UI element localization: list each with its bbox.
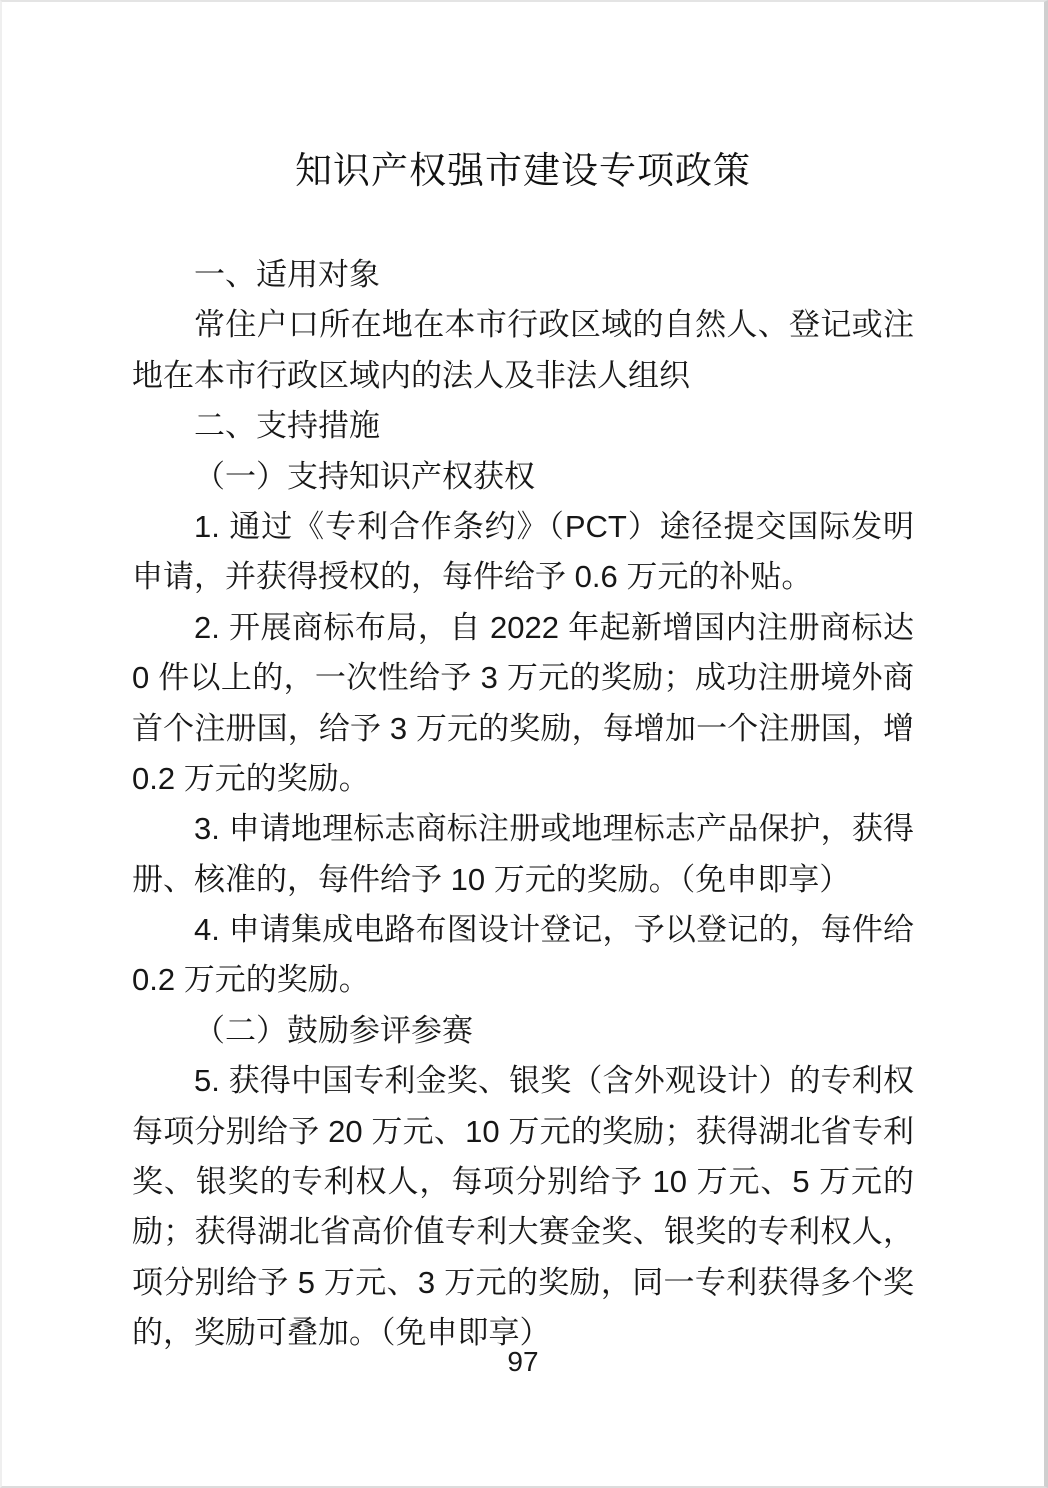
text-line: 0 件以上的，一次性给予 3 万元的奖励；成功注册境外商标，	[132, 653, 914, 703]
text-line-subheading-1: （一）支持知识产权获权	[132, 452, 914, 502]
text-line: 励；获得湖北省高价值专利大赛金奖、银奖的专利权人，每	[132, 1207, 914, 1257]
document-title: 知识产权强市建设专项政策	[2, 145, 1044, 197]
text-line: 0.2 万元的奖励。	[132, 754, 914, 804]
text-line: 1. 通过《专利合作条约》（PCT）途径提交国际发明专利	[132, 502, 914, 552]
text-line: 项分别给予 5 万元、3 万元的奖励，同一专利获得多个奖项	[132, 1258, 914, 1308]
text-line-heading-1: 一、适用对象	[132, 250, 914, 300]
text-line: 册、核准的，每件给予 10 万元的奖励。（免申即享）	[132, 855, 914, 905]
text-line: 常住户口所在地在本市行政区域的自然人、登记或注册	[132, 300, 914, 350]
text-line: 奖、银奖的专利权人，每项分别给予 10 万元、5 万元的奖	[132, 1157, 914, 1207]
document-page: 知识产权强市建设专项政策 一、适用对象 常住户口所在地在本市行政区域的自然人、登…	[0, 0, 1048, 1488]
text-line-heading-2: 二、支持措施	[132, 401, 914, 451]
text-line: 地在本市行政区域内的法人及非法人组织	[132, 351, 914, 401]
text-line: 2. 开展商标布局，自 2022 年起新增国内注册商标达 10	[132, 603, 914, 653]
text-line: 每项分别给予 20 万元、10 万元的奖励；获得湖北省专利金	[132, 1107, 914, 1157]
text-line: 4. 申请集成电路布图设计登记，予以登记的，每件给予	[132, 905, 914, 955]
text-line: 申请，并获得授权的，每件给予 0.6 万元的补贴。	[132, 552, 914, 602]
text-line: 3. 申请地理标志商标注册或地理标志产品保护，获得注	[132, 804, 914, 854]
text-line: 0.2 万元的奖励。	[132, 955, 914, 1005]
text-line: 首个注册国，给予 3 万元的奖励，每增加一个注册国，增加	[132, 704, 914, 754]
text-line-subheading-2: （二）鼓励参评参赛	[132, 1006, 914, 1056]
document-body: 一、适用对象 常住户口所在地在本市行政区域的自然人、登记或注册 地在本市行政区域…	[132, 250, 914, 1359]
text-line: 5. 获得中国专利金奖、银奖（含外观设计）的专利权人，	[132, 1056, 914, 1106]
page-number: 97	[2, 1342, 1044, 1382]
